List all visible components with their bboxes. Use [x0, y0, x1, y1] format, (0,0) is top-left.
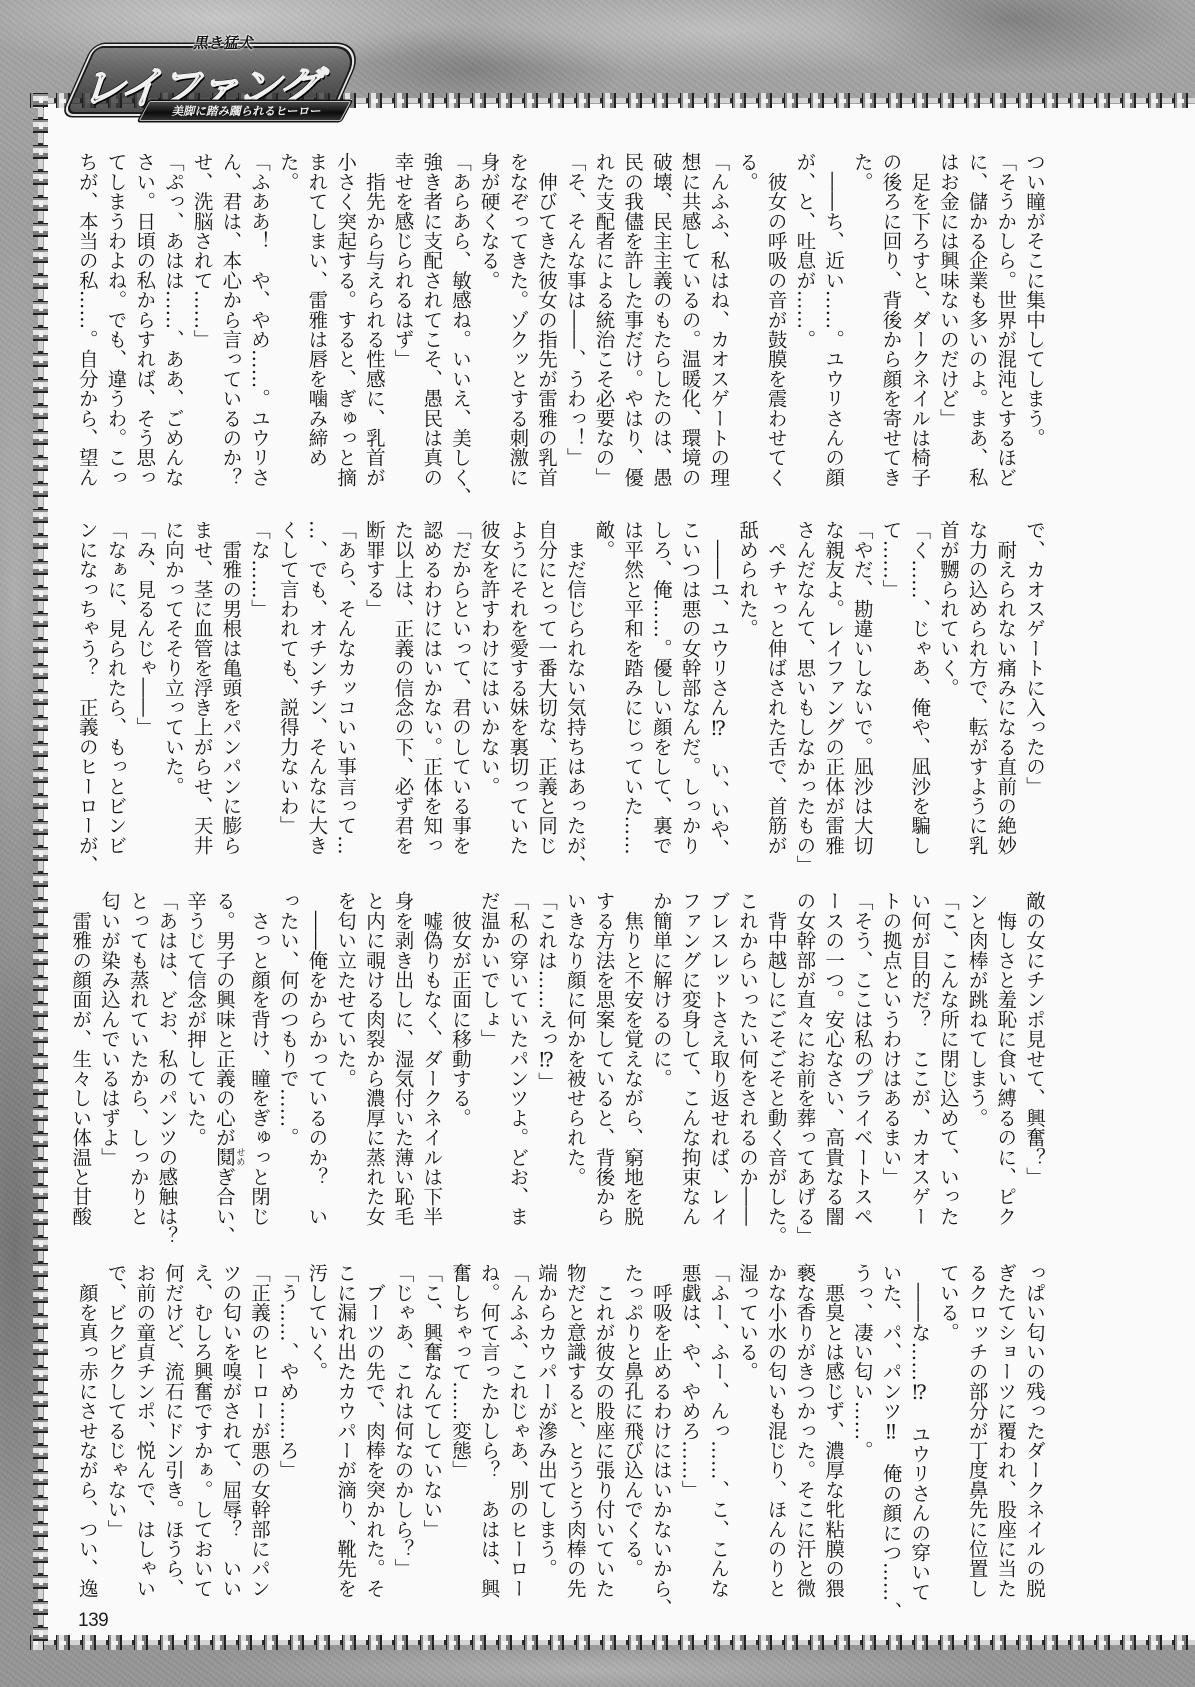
ruby-reading: せめ — [234, 1147, 244, 1167]
text-column: 褻な香りがきつかった。そこに汗と微 — [790, 1263, 819, 1613]
text-column: の後ろに回り、背後から顔を寄せてき — [876, 152, 905, 502]
text-column: 雷雅の男根は亀頭をパンパンに膨ら — [216, 520, 245, 870]
text-column: 「こ、興奮なんてしていない」 — [417, 1263, 446, 1613]
text-column: 伸びてきた彼女の指先が雷雅の乳首 — [531, 152, 560, 502]
text-column: 「あはは、どお、私のパンツの感触は？ — [152, 891, 181, 1241]
text-column: 想に共感しているの。温暖化、環境の — [675, 152, 704, 502]
text-column: 「んふふ、これじゃあ、別のヒーロー — [503, 1263, 532, 1613]
text-column: で、カオスゲートに入ったの」 — [1019, 520, 1048, 870]
text-column: 「く……、じゃあ、俺や、凪沙を騙し — [904, 520, 933, 870]
text-column: 身を剥き出しに、湿気付いた薄い恥毛 — [388, 891, 417, 1241]
text-column: 雷雅の顔面が、生々しい体温と甘酸 — [66, 891, 95, 1241]
text-column: て……」 — [876, 520, 905, 870]
text-column: 呼吸を止めるわけにはいかないから、 — [646, 1263, 675, 1613]
ruby-base: 鬩 — [213, 1147, 236, 1167]
text-column: 辛うじて信念が押していた。 — [180, 891, 209, 1241]
text-column: 「あら、そんなカッコいい事言って… — [330, 520, 359, 870]
text-column: ――俺をからかっているのか？ い — [302, 891, 331, 1241]
text-column: 首が嬲られていく。 — [933, 520, 962, 870]
text-column: 「そう、ここは私のプライベートスペ — [847, 891, 876, 1241]
text-column: 敵の女にチンポ見せて、興奮？」 — [1019, 891, 1048, 1241]
text-column: な親友よ。レイファングの正体が雷雅 — [818, 520, 847, 870]
text-column: 彼女が正面に移動する。 — [445, 891, 474, 1241]
text-column: ぎたてショーツに覆われ、股座に当た — [991, 1263, 1020, 1613]
text-column: まだ信じられない気持ちはあったが、 — [560, 520, 589, 870]
text-column: る。 — [732, 152, 761, 502]
text-column: 強き者に支配されてこそ、愚民は真の — [417, 152, 446, 502]
text-column: 焦りと不安を覚えながら、窮地を脱 — [617, 891, 646, 1241]
text-column: さっと顔を背け、瞳をぎゅっと閉じ — [244, 891, 273, 1241]
text-column: 顔を真っ赤にさせながら、つい、逸 — [72, 1263, 101, 1613]
text-column: っぱい匂いの残ったダークネイルの脱 — [1019, 1263, 1048, 1613]
text-column: れた支配者による統治こそ必要なの」 — [589, 152, 618, 502]
text-column: てしまうわよね。でも、違うわ。こっ — [101, 152, 130, 502]
text-column: 何だけど、流石にドン引き。ほうら、 — [158, 1263, 187, 1613]
text-column: とっても蒸れていたから、しっかりと — [123, 891, 152, 1241]
text-column: くして言われても、説得力ないわ」 — [273, 520, 302, 870]
text-column: ースの一つ。安心なさい、高貴なる闇 — [818, 891, 847, 1241]
text-column: ブーツの先で、肉棒を突かれた。そ — [359, 1263, 388, 1613]
text-column: か簡単に解けるのに。 — [646, 891, 675, 1241]
text-column: 敵。 — [589, 520, 618, 870]
text-column: 断罪する」 — [359, 520, 388, 870]
text-column: ったい、何のつもりで……。 — [273, 891, 302, 1241]
text-column: さんだなんて、思いもしなかったもの」 — [790, 520, 819, 870]
text-column: た。 — [847, 152, 876, 502]
text-column: た。 — [273, 152, 302, 502]
text-column: 悪戯は、や、やめろ……」 — [675, 1263, 704, 1613]
text-column: たっぷりと鼻孔に飛び込んでくる。 — [617, 1263, 646, 1613]
text-column: 嘘偽りもなく、ダークネイルは下半 — [417, 891, 446, 1241]
logo-kicker: 黒き猛犬 — [192, 32, 256, 53]
chain-border-left — [33, 93, 48, 1650]
text-column: 彼女の呼吸の音が鼓膜を震わせてく — [761, 152, 790, 502]
text-column: を匂い立たせていた。 — [330, 891, 359, 1241]
text-column: ん、君は、本心から言っているのか？ — [216, 152, 245, 502]
chain-border-bottom — [30, 1635, 1195, 1650]
text-column: 彼女を許すわけにはいかない。 — [474, 520, 503, 870]
text-column: 「あらあら、敏感ね。いいえ、美しく、 — [445, 152, 474, 502]
series-logo: レイファング 黒き猛犬 美脚に踏み躙られるヒーロー — [66, 30, 358, 126]
text-column: 「正義のヒーローが悪の女幹部にパン — [244, 1263, 273, 1613]
text-column: 身が硬くなる。 — [474, 152, 503, 502]
text-column: 「じゃあ、これは何なのかしら？」 — [388, 1263, 417, 1613]
text-column: 背中越しにごそごそと動く音がした。 — [761, 891, 790, 1241]
text-column: 小さく突起する。すると、ぎゅっと摘 — [330, 152, 359, 502]
text-column: と内に覗ける肉裂から濃厚に蒸れた女 — [359, 891, 388, 1241]
text-column: に、儲かる企業も多いのよ。まあ、私 — [962, 152, 991, 502]
text-column: ――ユ、ユウリさん⁉ い、いや、 — [704, 520, 733, 870]
text-column: ンになっちゃう？ 正義のヒーローが、 — [72, 520, 101, 870]
text-column: さい。日頃の私からすれば、そう思っ — [130, 152, 159, 502]
text-column: こいつは悪の女幹部なんだ。しっかり — [675, 520, 704, 870]
text-column: 「み、見るんじゃ――」 — [130, 520, 159, 870]
text-column: 指先から与えられる性感に、乳首が — [359, 152, 388, 502]
text-column: 「ぷっ、あはは……、ああ、ごめんな — [158, 152, 187, 502]
text-column: 民の我儘を許した事だけ。やはり、優 — [617, 152, 646, 502]
text-column: お前の童貞チンポ、悦んで、はしゃい — [130, 1263, 159, 1613]
text-column: 奮しちゃって……変態」 — [445, 1263, 474, 1613]
text-column: …、でも、オチンチン、そんなに大き — [302, 520, 331, 870]
text-column: に向かってそそり立っていた。 — [158, 520, 187, 870]
text-column: これからいったい何をされるのか―― — [732, 891, 761, 1241]
text-column: 「だからといって、君のしている事を — [445, 520, 474, 870]
text-column-with-ruby: る。男子の興味と正義の心が鬩せめぎ合い、 — [209, 891, 244, 1241]
text-column: るクロッチの部分が丁度鼻先に位置し — [962, 1263, 991, 1613]
text-column: トの拠点というわけはあるまい」 — [876, 891, 905, 1241]
text-column: 耐えられない痛みになる直前の絶妙 — [991, 520, 1020, 870]
text-column: をなぞってきた。ゾクッとする刺激に — [503, 152, 532, 502]
text-column: 「これは……えっ⁉」 — [531, 891, 560, 1241]
text-column: 湿っている。 — [732, 1263, 761, 1613]
text-column: ペチャっと伸ばされた舌で、首筋が — [761, 520, 790, 870]
text-column: しろ、俺……。優しい顔をして、裏で — [646, 520, 675, 870]
text-column: は平然と平和を踏みにじっていた…… — [617, 520, 646, 870]
text-column: 「そ、そんな事は――、うわっ！」 — [560, 152, 589, 502]
text-column: 「ふー、ふー、んっ……、こ、こんな — [704, 1263, 733, 1613]
text-column: かな小水の匂いも混じり、ほんのりと — [761, 1263, 790, 1613]
text-column: 認めるわけにはいかない。正体を知っ — [417, 520, 446, 870]
text-column: た以上は、正義の信念の下、必ず君を — [388, 520, 417, 870]
text-band-3: 敵の女にチンポ見せて、興奮？」 悔しさと羞恥に食い縛るのに、ピク ンと肉棒が跳ね… — [72, 891, 1048, 1241]
text-column: 破壊、民主主義のもたらしたのは、愚 — [646, 152, 675, 502]
text-column: する方法を思案していると、背後から — [589, 891, 618, 1241]
text-column: こに漏れ出たカウパーが滴り、靴先を — [330, 1263, 359, 1613]
text-column: ファングに変身して、こんな拘束なん — [675, 891, 704, 1241]
text-column: 舐められた。 — [732, 520, 761, 870]
text-column: 「う……、やめ……ろ」 — [273, 1263, 302, 1613]
text-column: の女幹部が直々にお前を葬ってあげる」 — [790, 891, 819, 1241]
text-column: つい瞳がそこに集中してしまう。 — [1019, 152, 1048, 502]
text-column: いきなり顔に何かを被せられた。 — [560, 891, 589, 1241]
text-column: ――ち、近い……。ユウリさんの顔 — [818, 152, 847, 502]
text-column: いた、パ、パンツ‼ 俺の顔につ……、 — [876, 1263, 905, 1613]
text-column: 匂いが染み込んでいるはずよ」 — [94, 891, 123, 1241]
text-column: 「こ、こんな所に閉じ込めて、いった — [933, 891, 962, 1241]
text-column: が、と、吐息が……。 — [790, 152, 819, 502]
text-column: ている。 — [933, 1263, 962, 1613]
text-column: な力の込められ方で、転がすように乳 — [962, 520, 991, 870]
text-column: うっ、凄い匂い……。 — [847, 1263, 876, 1613]
text-column: で、ビクビクしてるじゃない」 — [101, 1263, 130, 1613]
text-band-2: で、カオスゲートに入ったの」 耐えられない痛みになる直前の絶妙 な力の込められ方… — [72, 520, 1048, 870]
text-column: い何が目的だ？ ここが、カオスゲー — [904, 891, 933, 1241]
ruby-annotation: 鬩せめ — [213, 1147, 236, 1167]
text-column: 幸せを感じられるはず」 — [388, 152, 417, 502]
text-column: 端からカウパーが滲み出てしまう。 — [531, 1263, 560, 1613]
text-column: 物だと意識すると、とうとう肉棒の先 — [560, 1263, 589, 1613]
logo-subtitle: 美脚に踏み躙られるヒーロー — [150, 103, 343, 119]
text-column: 「なぁに、見られたら、もっとビンビ — [101, 520, 130, 870]
text-column: 「な……」 — [244, 520, 273, 870]
text-column: ようにそれを愛する妹を裏切っていた — [503, 520, 532, 870]
text-column: はお金には興味ないのだけど」 — [933, 152, 962, 502]
text-column: 足を下ろすと、ダークネイルは椅子 — [904, 152, 933, 502]
text-column: これが彼女の股座に張り付いていた — [589, 1263, 618, 1613]
text-column: せ、洗脳されて……」 — [187, 152, 216, 502]
text-column: ませ、茎に血管を浮き上がらせ、天井 — [187, 520, 216, 870]
text-column: 「やだ、勘違いしないで。凪沙は大切 — [847, 520, 876, 870]
text-column: 自分にとって一番大切な、正義と同じ — [531, 520, 560, 870]
text-column: 「んふふ、私はね、カオスゲートの理 — [704, 152, 733, 502]
text-column: 悔しさと羞恥に食い縛るのに、ピク — [991, 891, 1020, 1241]
text-column: まれてしまい、雷雅は唇を噛み締め — [302, 152, 331, 502]
ruby-preceding-text: る。男子の興味と正義の心が — [213, 891, 236, 1147]
text-column: え、むしろ興奮ですかぁ。しておいて — [187, 1263, 216, 1613]
text-column: 「そうかしら。世界が混沌とするほど — [991, 152, 1020, 502]
text-column: ツの匂いを嗅がされて、屈辱？ いい — [216, 1263, 245, 1613]
text-band-4: っぱい匂いの残ったダークネイルの脱 ぎたてショーツに覆われ、股座に当た るクロッ… — [72, 1263, 1048, 1613]
text-column: ね。何て言ったかしら？ あはは、興 — [474, 1263, 503, 1613]
text-column: 汚していく。 — [302, 1263, 331, 1613]
page-number: 139 — [78, 1610, 108, 1632]
text-column: ンと肉棒が跳ねてしまう。 — [962, 891, 991, 1241]
text-column: 「私の穿いていたパンツよ。どお、ま — [503, 891, 532, 1241]
text-column: 悪臭とは感じず、濃厚な牝粘膜の猥 — [818, 1263, 847, 1613]
ruby-following-text: ぎ合い、 — [213, 1167, 236, 1246]
text-column: 「ふああ！ や、やめ……。ユウリさ — [244, 152, 273, 502]
text-band-1: つい瞳がそこに集中してしまう。 「そうかしら。世界が混沌とするほど に、儲かる企… — [72, 152, 1048, 502]
text-column: ――な……⁉ ユウリさんの穿いて — [904, 1263, 933, 1613]
text-column: だ温かいでしょ」 — [474, 891, 503, 1241]
text-column: ちが、本当の私……。自分から、望ん — [72, 152, 101, 502]
text-column: ブレスレットさえ取り返せれば、レイ — [704, 891, 733, 1241]
